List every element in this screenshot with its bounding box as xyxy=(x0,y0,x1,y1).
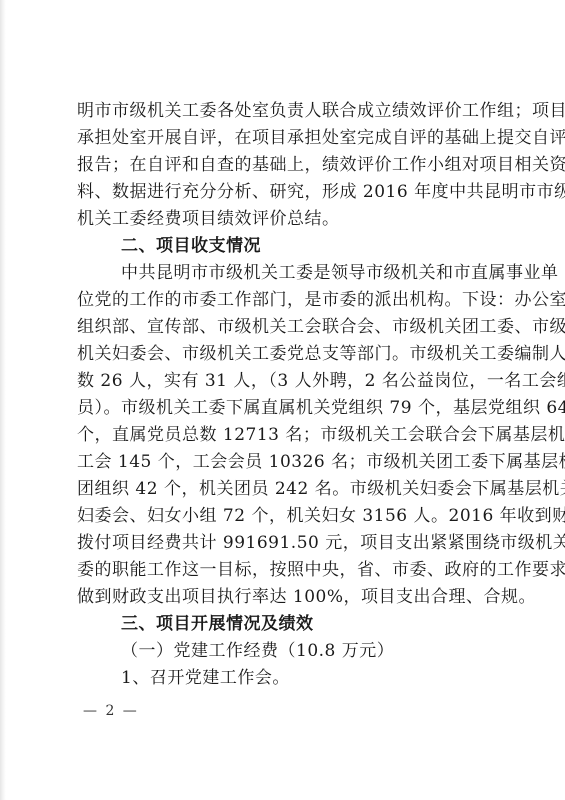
paragraph-line: 中共昆明市市级机关工委是领导市级机关和市直属事业单 xyxy=(77,260,495,287)
scan-edge xyxy=(0,0,6,800)
document-page: 明市市级机关工委各处室负责人联合成立绩效评价工作组；项目 承担处室开展自评，在项… xyxy=(77,98,495,692)
subsection-heading-party-building-funds: （一）党建工作经费（10.8 万元） xyxy=(77,638,495,665)
paragraph-line: 工会 145 个，工会会员 10326 名；市级机关团工委下属基层机关 xyxy=(77,449,495,476)
paragraph-line: 员）。市级机关工委下属直属机关党组织 79 个，基层党组织 640 xyxy=(77,395,495,422)
paragraph-line: 组织部、宣传部、市级机关工会联合会、市级机关团工委、市级 xyxy=(77,314,495,341)
paragraph-line: 机关妇委会、市级机关工委党总支等部门。市级机关工委编制人 xyxy=(77,341,495,368)
paragraph-line: 妇委会、妇女小组 72 个，机关妇女 3156 人。2016 年收到财政 xyxy=(77,503,495,530)
paragraph-line: 承担处室开展自评，在项目承担处室完成自评的基础上提交自评 xyxy=(77,125,495,152)
paragraph-line: 拨付项目经费共计 991691.50 元，项目支出紧紧围绕市级机关工 xyxy=(77,530,495,557)
page-number: — 2 — xyxy=(83,703,139,719)
paragraph-line: 委的职能工作这一目标，按照中央，省、市委、政府的工作要求， xyxy=(77,557,495,584)
paragraph-line: 团组织 42 个，机关团员 242 名。市级机关妇委会下属基层机关 xyxy=(77,476,495,503)
paragraph-line: 做到财政支出项目执行率达 100%，项目支出合理、合规。 xyxy=(77,584,495,611)
paragraph-line: 个，直属党员总数 12713 名；市级机关工会联合会下属基层机关 xyxy=(77,422,495,449)
paragraph-line: 位党的工作的市委工作部门，是市委的派出机构。下设：办公室、 xyxy=(77,287,495,314)
paragraph-line: 报告；在自评和自查的基础上，绩效评价工作小组对项目相关资 xyxy=(77,152,495,179)
paragraph-line: 料、数据进行充分分析、研究，形成 2016 年度中共昆明市市级 xyxy=(77,179,495,206)
paragraph-line: 数 26 人，实有 31 人，（3 人外聘，2 名公益岗位，一名工会组织 xyxy=(77,368,495,395)
paragraph-line: 明市市级机关工委各处室负责人联合成立绩效评价工作组；项目 xyxy=(77,98,495,125)
section-heading-project-performance: 三、项目开展情况及绩效 xyxy=(77,611,495,638)
paragraph-line: 机关工委经费项目绩效评价总结。 xyxy=(77,206,495,233)
section-heading-income-expenditure: 二、项目收支情况 xyxy=(77,233,495,260)
list-item: 1、召开党建工作会。 xyxy=(77,665,495,692)
